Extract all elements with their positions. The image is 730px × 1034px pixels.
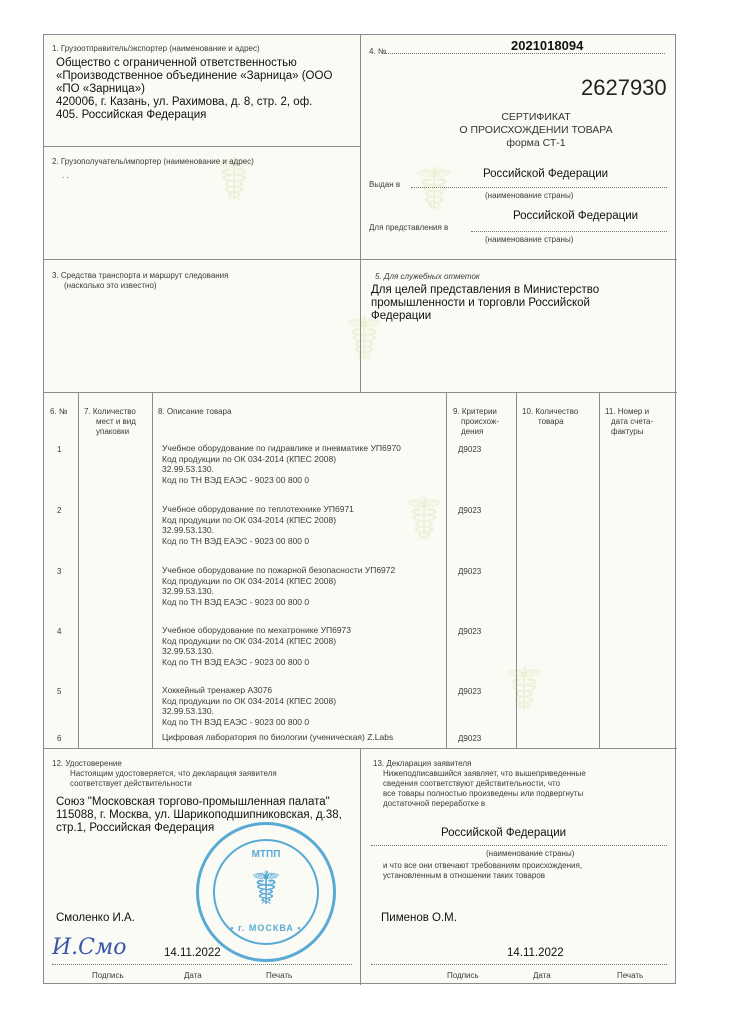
declaration-label: 13. Декларация заявителя <box>373 759 471 769</box>
issued-line <box>411 187 667 188</box>
present-hint: (наименование страны) <box>485 235 573 245</box>
header-num: 6. № <box>50 407 67 417</box>
header-packages: 7. Количество мест и вид упаковки <box>84 407 136 437</box>
chamber-seal-stamp: МТПП ☤ • г. МОСКВА • <box>196 822 336 962</box>
exporter-label: 1. Грузоотправитель/экспортер (наименова… <box>52 44 260 54</box>
certification-label: 12. Удостоверение <box>52 759 122 769</box>
transport-sublabel: (насколько это известно) <box>64 281 157 291</box>
signature-line <box>52 964 352 965</box>
footer-seal-label: Печать <box>266 971 292 981</box>
footer-sign-label: Подпись <box>447 971 479 981</box>
box-declaration: 13. Декларация заявителя Нижеподписавший… <box>361 749 677 985</box>
official-note-line: Для целей представления в Министерство <box>371 284 599 297</box>
certification-date: 14.11.2022 <box>164 947 221 960</box>
certificate-title: СЕРТИФИКАТ О ПРОИСХОЖДЕНИИ ТОВАРА форма … <box>441 111 631 150</box>
present-line <box>471 231 667 232</box>
footer-date-label: Дата <box>184 971 202 981</box>
issued-label: Выдан в <box>369 180 400 190</box>
title-line: СЕРТИФИКАТ <box>441 111 631 124</box>
certificate-serial: 2627930 <box>581 75 667 101</box>
header-quantity: 10. Количество товара <box>522 407 578 427</box>
certifier-signature: И.Смо <box>52 935 127 960</box>
box-official-notes: 5. Для служебных отметок Для целей предс… <box>361 260 677 393</box>
exporter-line: 420006, г. Казань, ул. Рахимова, д. 8, с… <box>56 96 332 109</box>
chamber-line: Союз "Московская торгово-промышленная па… <box>56 796 342 809</box>
header-invoice: 11. Номер и дата счета- фактуры <box>605 407 653 437</box>
transport-label: 3. Средства транспорта и маршрут следова… <box>52 271 228 281</box>
number-label: 4. № <box>369 47 386 57</box>
exporter-line: «ПО «Зарница») <box>56 83 332 96</box>
certifier-name: Смоленко И.А. <box>56 912 135 925</box>
signature-line <box>371 964 667 965</box>
exporter-line: «Производственное объединение «Зарница» … <box>56 70 332 83</box>
certificate-form: ☤ ☤ ☤ ☤ ☤ 1. Грузоотправитель/экспортер … <box>43 34 676 984</box>
number-line <box>385 53 665 54</box>
declaration-date: 14.11.2022 <box>507 947 564 960</box>
present-label: Для представления в <box>369 223 448 233</box>
exporter-line: Общество с ограниченной ответственностью <box>56 57 332 70</box>
exporter-line: 405. Российская Федерация <box>56 109 332 122</box>
footer-sign-label: Подпись <box>92 971 124 981</box>
official-notes-label: 5. Для служебных отметок <box>375 272 480 282</box>
box-certificate-header: 4. № 2021018094 2627930 СЕРТИФИКАТ О ПРО… <box>361 35 677 260</box>
caduceus-icon: ☤ <box>215 863 317 913</box>
box-consignee: 2. Грузополучатель/импортер (наименовани… <box>44 147 361 260</box>
stamp-inner-ring: МТПП ☤ • г. МОСКВА • <box>213 839 319 945</box>
header-description: 8. Описание товара <box>158 407 231 417</box>
declarant-name: Пименов О.М. <box>381 912 457 925</box>
issued-hint: (наименование страны) <box>485 191 573 201</box>
title-line: О ПРОИСХОЖДЕНИИ ТОВАРА <box>441 124 631 137</box>
stamp-title: МТПП <box>215 849 317 860</box>
country-hint: (наименование страны) <box>486 849 574 859</box>
declaration-country: Российской Федерации <box>441 827 566 840</box>
consignee-label: 2. Грузополучатель/импортер (наименовани… <box>52 157 254 167</box>
certificate-number: 2021018094 <box>511 39 583 52</box>
consignee-value: . . <box>62 171 69 181</box>
footer-seal-label: Печать <box>617 971 643 981</box>
header-criteria: 9. Критерии происхож- дения <box>453 407 499 437</box>
official-note-line: Федерации <box>371 310 599 323</box>
box-transport: 3. Средства транспорта и маршрут следова… <box>44 260 361 393</box>
country-line <box>371 845 667 846</box>
goods-table: 6. № 7. Количество мест и вид упаковки 8… <box>44 393 677 749</box>
present-country: Российской Федерации <box>513 210 638 223</box>
official-note-line: промышленности и торговли Российской <box>371 297 599 310</box>
footer-date-label: Дата <box>533 971 551 981</box>
issued-country: Российской Федерации <box>483 168 608 181</box>
chamber-line: 115088, г. Москва, ул. Шарикоподшипников… <box>56 809 342 822</box>
title-line: форма СТ-1 <box>441 137 631 150</box>
stamp-city: • г. МОСКВА • <box>215 923 317 933</box>
box-exporter: 1. Грузоотправитель/экспортер (наименова… <box>44 35 361 147</box>
